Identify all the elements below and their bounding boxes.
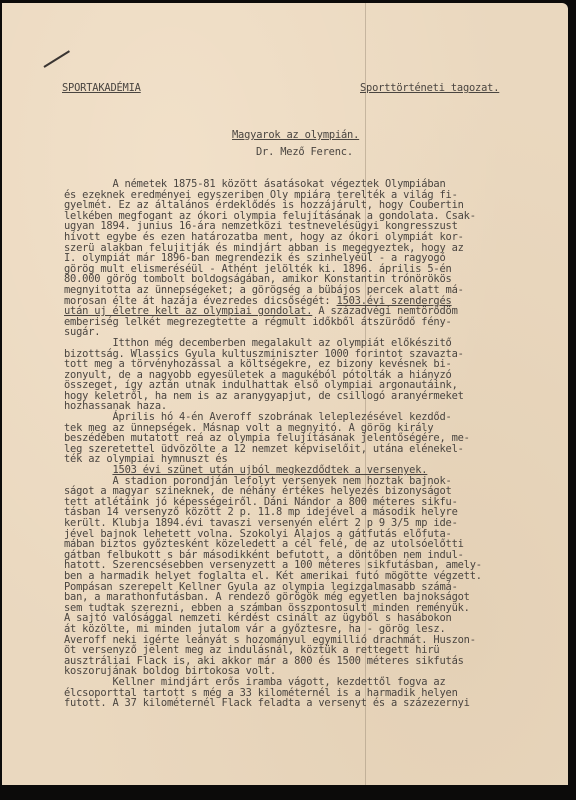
document-title: Magyarok az olympián.: [232, 129, 359, 141]
document-body: A németek 1875-81 között ásatásokat vége…: [64, 179, 482, 709]
document-author: Dr. Mező Ferenc.: [256, 146, 353, 158]
text-line: emberiség lelkét megrezegtette a régmult…: [64, 317, 482, 328]
header-organization: SPORTAKADÉMIA: [62, 82, 141, 94]
text-line: futott. A 37 kilométernél Flack feladta …: [64, 698, 482, 709]
line-text: emberiség lelkét megrezegtette a régmult…: [64, 316, 452, 328]
header-section: Sporttörténeti tagozat.: [360, 82, 499, 94]
line-text: futott. A 37 kilométernél Flack feladta …: [64, 697, 470, 709]
pencil-mark: [43, 50, 70, 68]
